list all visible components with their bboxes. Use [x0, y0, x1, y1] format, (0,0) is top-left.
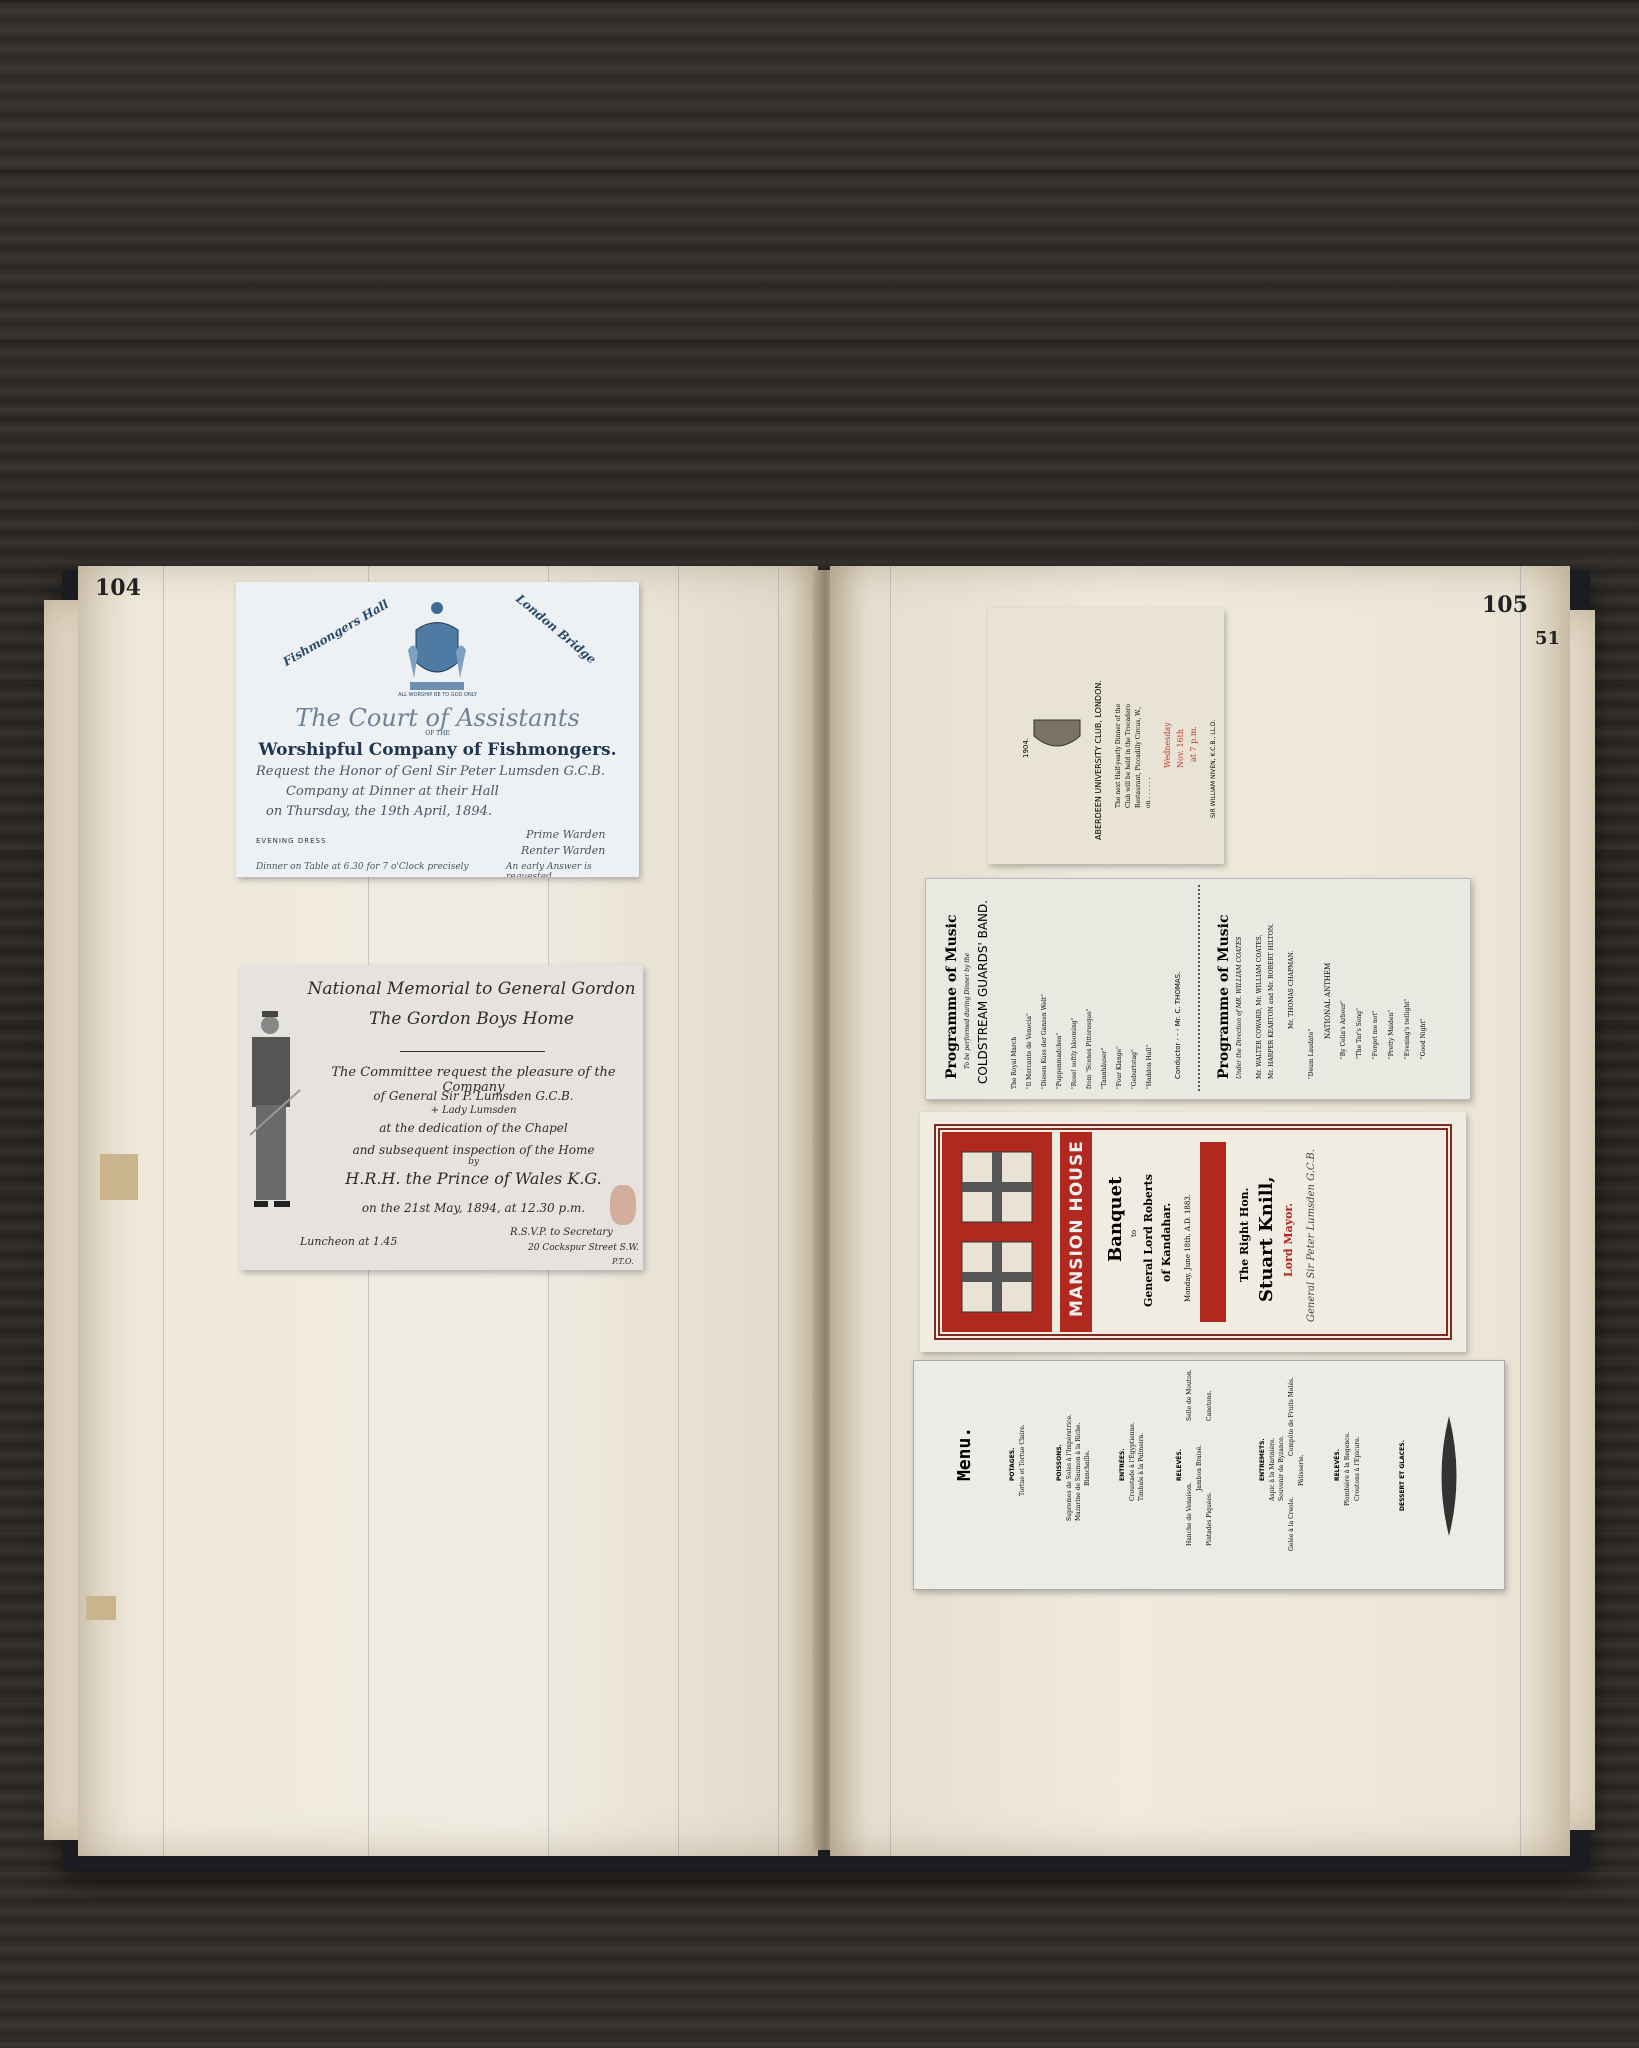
ornament-flourish-icon — [1434, 1416, 1464, 1536]
ledger-rule — [890, 566, 891, 1856]
card-club-name: ABERDEEN UNIVERSITY CLUB, LONDON. — [1094, 680, 1103, 840]
menu-item: Canetons. — [1206, 1391, 1213, 1421]
band-item-5: "Rose! softly blooming" — [1071, 1018, 1078, 1089]
menu-item: Blanchaille. — [1084, 1450, 1091, 1486]
host-name: Stuart Knill, — [1256, 1176, 1277, 1302]
card-chair: SIR WILLIAM NIVEN, K.C.B., LL.D. — [1210, 720, 1217, 818]
menu-item: Selle de Mouton. — [1186, 1369, 1193, 1421]
card-guest-line: of General Sir P. Lumsden G.C.B. — [310, 1089, 637, 1103]
card-body-text: The next Half-yearly Dinner of the Club … — [1114, 698, 1154, 808]
vocal-item-5: "Forget me not" — [1372, 1010, 1379, 1059]
card-date-line: on the 21st May, 1894, at 12.30 p.m. — [310, 1201, 637, 1215]
card-address: 20 Cockspur Street S.W. — [528, 1243, 639, 1253]
vocal-item-7: "Evening's twilight" — [1404, 999, 1411, 1059]
paper-hinge — [100, 1154, 138, 1200]
banquet-to: to — [1130, 1230, 1138, 1237]
seal-stamp — [610, 1185, 636, 1225]
vocal-accompanist: Mr. THOMAS CHAPMAN. — [1288, 951, 1295, 1029]
menu-item: Plombière à la Regence. — [1344, 1432, 1351, 1506]
card-dress-code: EVENING DRESS — [256, 837, 326, 845]
vocal-item-1: "Deum Laudate" — [1308, 1029, 1315, 1079]
card-footer-right: An early Answer is requested — [506, 862, 627, 877]
card-guest-addition: + Lady Lumsden — [310, 1105, 637, 1116]
menu-item: Compôte de Fruits Melés. — [1288, 1377, 1295, 1456]
menu-item: Pâtisserie. — [1298, 1454, 1305, 1486]
card-court-heading: The Court of Assistants — [236, 704, 639, 732]
band-item-7: "Tannhäuser" — [1101, 1048, 1108, 1089]
host-role: Lord Mayor. — [1282, 1203, 1295, 1277]
menu-item: Souvenir de Byzance. — [1278, 1435, 1285, 1501]
vocal-item-6: "Pretty Maiden" — [1388, 1010, 1395, 1059]
menu-heading-dessert: DESSERT ET GLACES. — [1399, 1440, 1406, 1511]
menu-heading-releves: RELEVÉS. — [1176, 1449, 1183, 1481]
ledger-rule — [163, 566, 164, 1856]
card-prime-warden: Prime Warden — [526, 828, 627, 841]
paper-hinge — [86, 1596, 116, 1620]
vocal-programme-title: Programme of Music — [1216, 914, 1232, 1079]
band-item-4: "Puppenmadchen" — [1056, 1033, 1063, 1089]
card-request-line: Request the Honor of Genl Sir Peter Lums… — [256, 764, 627, 779]
mansion-house-banquet-card: MANSION HOUSE Banquet to General Lord Ro… — [920, 1112, 1466, 1352]
menu-title: Menu. — [954, 1427, 975, 1481]
banner-text: MANSION HOUSE — [1067, 1140, 1087, 1317]
band-item-6: from "Scenes Pittoresque" — [1086, 1009, 1093, 1089]
menu-heading-entremets: ENTREMETS. — [1259, 1438, 1266, 1481]
card-date-nov: Nov. 16th — [1176, 729, 1185, 768]
card-rsvp: R.S.V.P. to Secretary — [510, 1227, 613, 1238]
card-pto: P.T.O. — [612, 1257, 634, 1266]
card-motto: ALL WORSHIP BE TO GOD ONLY — [236, 692, 639, 698]
vocal-programme-sub: Under the Direction of MR. WILLIAM COATE… — [1236, 936, 1243, 1079]
band-programme-sub: To be performed during Dinner by the — [964, 953, 971, 1069]
menu-item: Hanche de Venaison. — [1186, 1482, 1193, 1546]
card-date-time: at 7 p.m. — [1189, 726, 1198, 762]
vocal-item-4: "The Tar's Song" — [1356, 1008, 1363, 1059]
handwritten-guest: General Sir Peter Lumsden G.C.B. — [1306, 1149, 1317, 1322]
card-title-home: The Gordon Boys Home — [300, 1009, 643, 1029]
band-item-8: "Four Klange" — [1116, 1046, 1123, 1089]
menu-heading-poissons: POISSONS. — [1056, 1444, 1063, 1481]
banquet-guest-1: General Lord Roberts — [1142, 1174, 1155, 1307]
card-renter-warden: Renter Warden — [521, 844, 627, 857]
banquet-guest-2: of Kandahar. — [1160, 1203, 1173, 1282]
dinner-menu-card: Menu. POTAGES. Tortue et Tortue Claire. … — [913, 1360, 1505, 1590]
banquet-date: Monday, June 18th, A.D. 1883. — [1184, 1194, 1192, 1302]
city-arms-illustration-icon — [942, 1132, 1052, 1332]
vocal-artistes-2: Mr. HARPER KEARTON and Mr. ROBERT HILTON… — [1268, 924, 1275, 1079]
vocal-item-2: NATIONAL ANTHEM — [1324, 963, 1332, 1039]
gordon-boys-home-invitation-card: National Memorial to General Gordon The … — [240, 965, 643, 1270]
card-of-the: OF THE — [236, 730, 639, 737]
soldier-illustration-icon — [240, 1005, 312, 1215]
menu-item: Tortue et Tortue Claire. — [1019, 1424, 1026, 1496]
card-year: 1904. — [1022, 738, 1030, 758]
card-luncheon: Luncheon at 1.45 — [300, 1235, 397, 1248]
coat-of-arms-icon — [406, 600, 468, 692]
card-company-name: Worshipful Company of Fishmongers. — [236, 740, 639, 760]
band-item-2: "Il Mercante de Venecia" — [1026, 1013, 1033, 1089]
card-dedication-line: at the dedication of the Chapel — [310, 1121, 637, 1135]
vocal-item-8: "Good Night" — [1420, 1018, 1427, 1059]
card-prince-line: H.R.H. the Prince of Wales K.G. — [310, 1169, 637, 1188]
ledger-rule — [1520, 566, 1521, 1856]
band-name: COLDSTREAM GUARDS' BAND. — [976, 900, 990, 1084]
band-programme-title: Programme of Music — [944, 914, 960, 1079]
card-arc-left: Fishmongers Hall — [281, 597, 391, 669]
card-date-line: on Thursday, the 19th April, 1894. — [266, 804, 627, 819]
vocal-artistes-1: Mr. WALTER COWARD, Mr. WILLIAM COATES, — [1256, 935, 1263, 1079]
card-arc-right: London Bridge — [513, 592, 599, 667]
university-shield-icon — [1032, 718, 1082, 754]
band-conductor: Conductor - - - Mr. C. THOMAS. — [1174, 972, 1182, 1079]
menu-item: Supremes de Soles à l'Impératrice. — [1066, 1414, 1073, 1521]
card-date-day: Wednesday — [1163, 722, 1172, 768]
menu-item: Timbale à la Palmeira. — [1138, 1433, 1145, 1501]
banquet-title: Banquet — [1105, 1177, 1126, 1262]
menu-heading-entrees: ENTRÉES. — [1119, 1448, 1126, 1481]
ledger-rule — [678, 566, 679, 1856]
card-by: by — [310, 1157, 637, 1167]
menu-heading-releves-2: RELEVÉS. — [1334, 1449, 1341, 1481]
page-number-left: 104 — [95, 575, 141, 601]
menu-item: Gelée à la Creole. — [1288, 1497, 1295, 1551]
band-item-1: The Royal March — [1011, 1037, 1018, 1089]
ornamental-red-panel — [1200, 1142, 1226, 1322]
fishmongers-invitation-card: Fishmongers Hall London Bridge ALL WORSH… — [236, 582, 639, 877]
menu-item: Jambon Braisé. — [1196, 1445, 1203, 1491]
page-number-underlying: 51 — [1535, 628, 1560, 649]
band-item-3: "Diesen Kuss der Ganzen Welt" — [1041, 994, 1048, 1089]
ledger-rule — [778, 566, 779, 1856]
card-title-memorial: National Memorial to General Gordon — [300, 979, 643, 999]
vocal-item-3: "By Celia's Arbour" — [1340, 1000, 1347, 1059]
band-item-9: "Geburtstag" — [1131, 1049, 1138, 1089]
menu-heading-potages: POTAGES. — [1009, 1448, 1016, 1481]
band-item-10: "Haddon Hall" — [1146, 1045, 1153, 1089]
menu-item: Croutons à l'Epicure. — [1354, 1436, 1361, 1501]
menu-item: Croustade à l'Égyptienne. — [1129, 1422, 1136, 1501]
menu-item: Pintades Piquées. — [1206, 1492, 1213, 1546]
card-inspection-line: and subsequent inspection of the Home — [310, 1143, 637, 1157]
page-number-right: 105 — [1482, 592, 1528, 618]
programme-of-music-card: Programme of Music To be performed durin… — [925, 878, 1471, 1100]
host-title: The Right Hon. — [1238, 1188, 1251, 1283]
divider — [1198, 885, 1201, 1091]
card-dinner-line: Company at Dinner at their Hall — [286, 784, 627, 799]
menu-item: Aspic à la Marinière. — [1269, 1438, 1276, 1502]
menu-item: Mazarine de Saumon à la Riche. — [1075, 1423, 1082, 1522]
aberdeen-university-club-card: 1904. ABERDEEN UNIVERSITY CLUB, LONDON. … — [988, 608, 1224, 864]
divider — [400, 1051, 545, 1052]
